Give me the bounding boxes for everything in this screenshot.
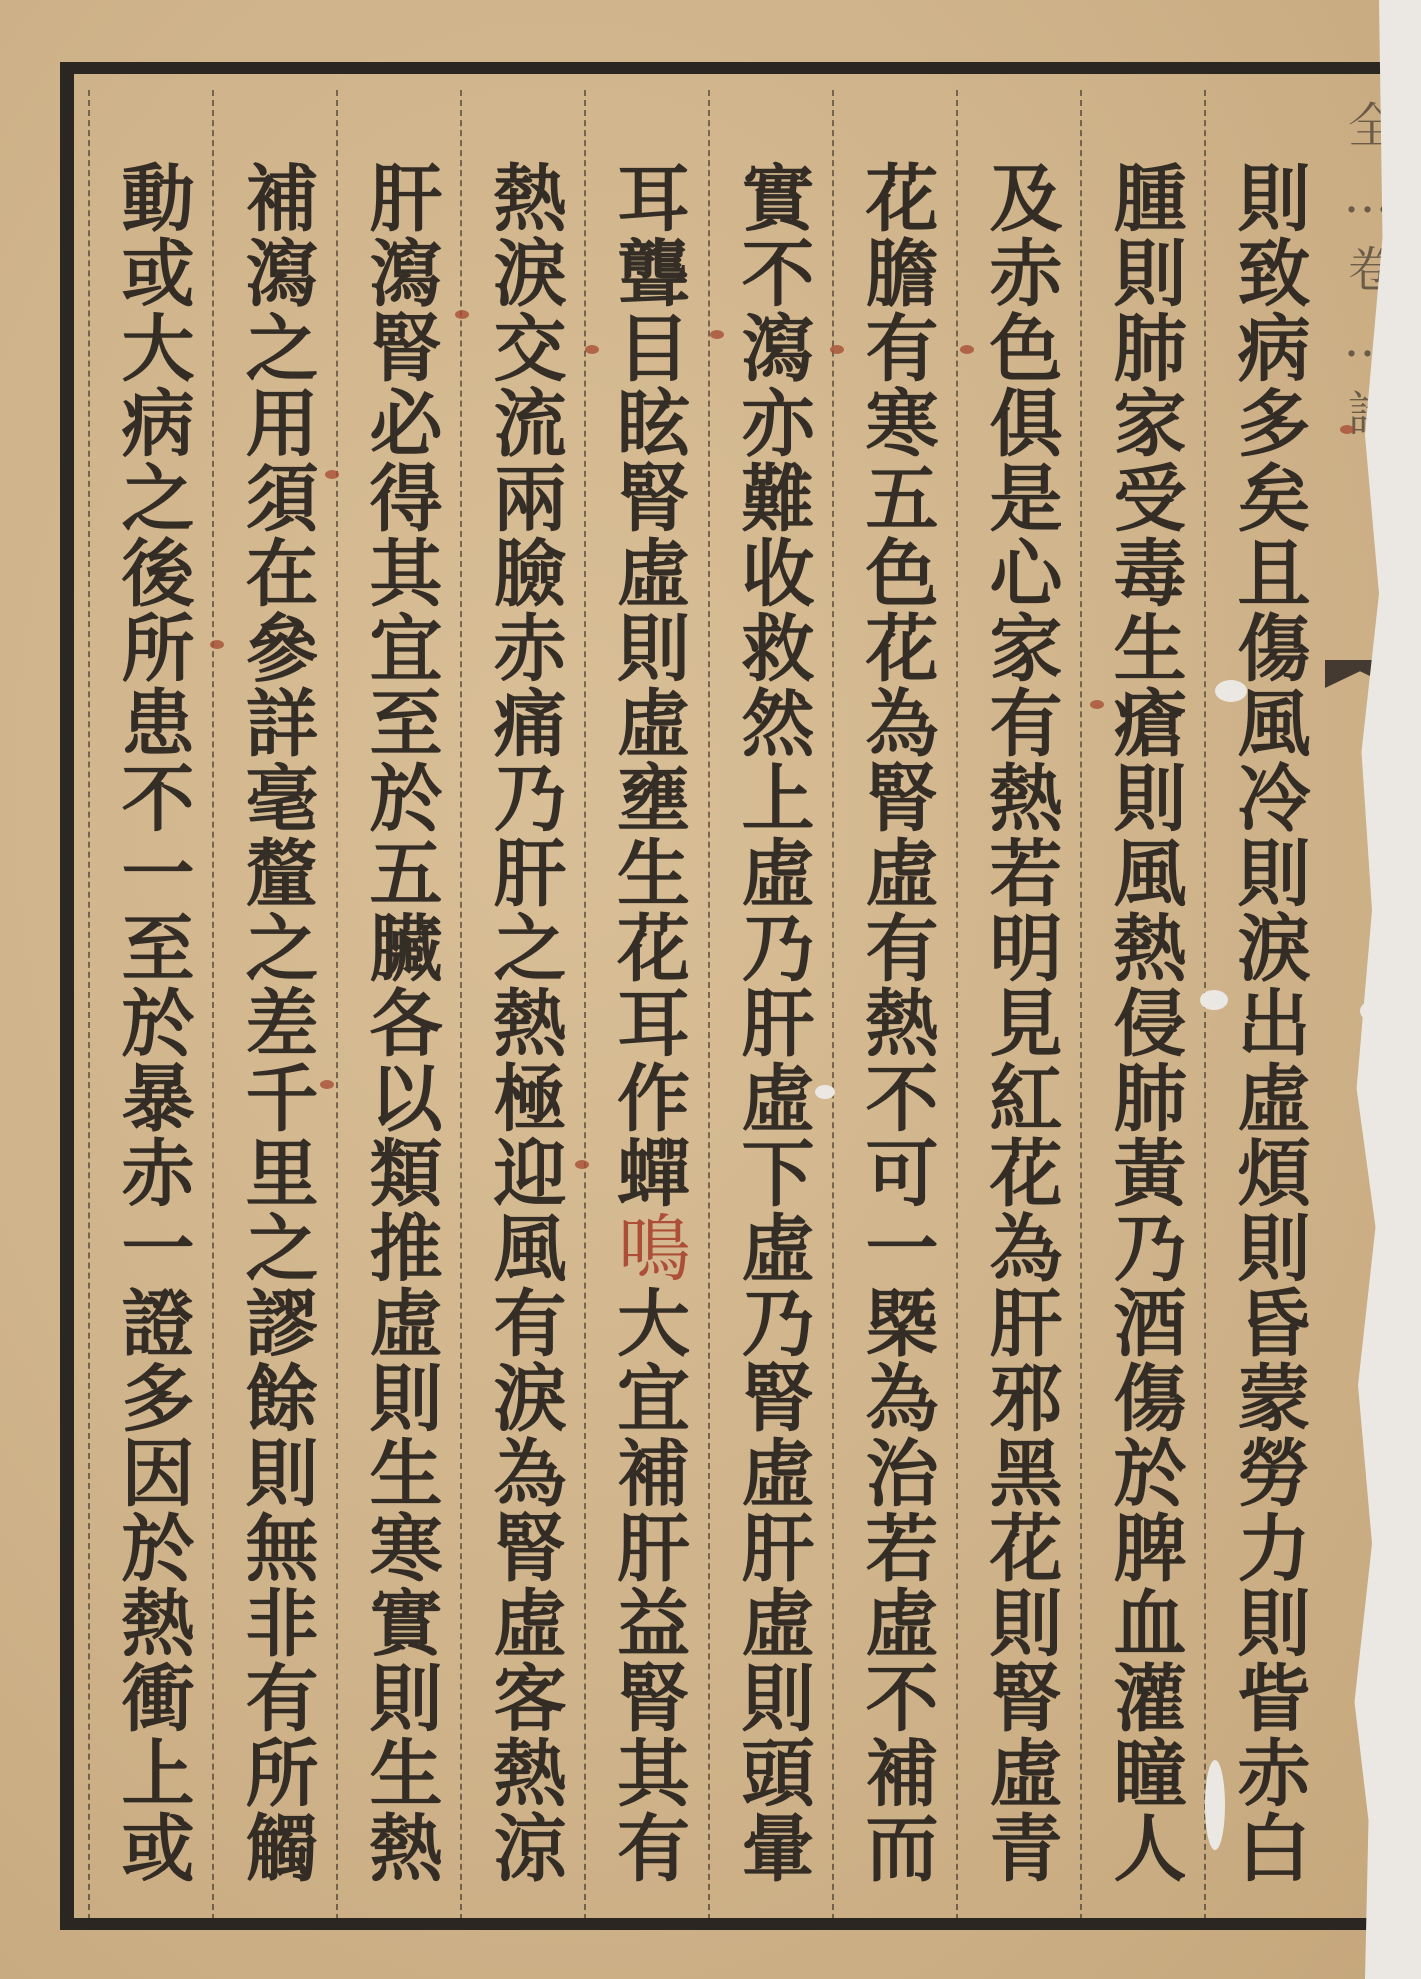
text-column-9: 補瀉之用須在參詳毫釐之差千里之謬餘則無非有所觸 bbox=[212, 90, 336, 1920]
column-text: 補瀉之用須在參詳毫釐之差千里之謬餘則無非有所觸 bbox=[239, 160, 312, 1920]
red-punctuation-mark bbox=[585, 345, 599, 354]
red-punctuation-mark bbox=[710, 330, 724, 339]
document-page: 全…卷…論 則致病多矣且傷風冷則淚出虛煩則昏蒙勞力則眥赤白 腫則肺家受毒生瘡則風… bbox=[0, 0, 1405, 1979]
text-column-4: 花膽有寒五色花為腎虛有熱不可一槩為治若虛不補而 bbox=[832, 90, 956, 1920]
column-text: 實不瀉亦難收救然上虛乃肝虛下虛乃腎虛肝虛則頭暈 bbox=[735, 160, 808, 1920]
text-column-6: 耳聾目眩腎虛則虛壅生花耳作蟬鳴大宜補肝益腎其有 bbox=[584, 90, 708, 1920]
wormhole bbox=[1200, 990, 1228, 1010]
text-column-7: 熱淚交流兩臉赤痛乃肝之熱極迎風有淚為腎虛客熱涼 bbox=[460, 90, 584, 1920]
red-annotation: 鳴 bbox=[605, 1210, 690, 1285]
column-text-after: 大宜補肝益腎其有 bbox=[604, 1285, 690, 1885]
wormhole bbox=[1205, 1760, 1225, 1850]
red-punctuation-mark bbox=[210, 640, 224, 649]
column-text: 及赤色俱是心家有熱若明見紅花為肝邪黑花則腎虛青 bbox=[983, 160, 1056, 1920]
column-text: 肝瀉腎必得其宜至於五臟各以類推虛則生寒實則生熱 bbox=[363, 160, 436, 1920]
wormhole bbox=[1215, 680, 1247, 702]
column-text: 花膽有寒五色花為腎虛有熱不可一槩為治若虛不補而 bbox=[859, 160, 932, 1920]
red-punctuation-mark bbox=[1340, 425, 1354, 434]
text-column-10: 動或大病之後所患不一至於暴赤一證多因於熱衝上或 bbox=[88, 90, 212, 1920]
text-columns: 則致病多矣且傷風冷則淚出虛煩則昏蒙勞力則眥赤白 腫則肺家受毒生瘡則風熱侵肺黃乃酒… bbox=[88, 90, 1328, 1920]
red-punctuation-mark bbox=[1090, 700, 1104, 709]
column-text-before: 耳聾目眩腎虛則虛壅生花耳作蟬 bbox=[604, 160, 690, 1210]
red-punctuation-mark bbox=[960, 345, 974, 354]
text-column-3: 及赤色俱是心家有熱若明見紅花為肝邪黑花則腎虛青 bbox=[956, 90, 1080, 1920]
wormhole bbox=[815, 1085, 835, 1099]
red-punctuation-mark bbox=[575, 1160, 589, 1169]
column-text: 動或大病之後所患不一至於暴赤一證多因於熱衝上或 bbox=[115, 160, 188, 1920]
red-punctuation-mark bbox=[320, 1080, 334, 1089]
column-text: 耳聾目眩腎虛則虛壅生花耳作蟬鳴大宜補肝益腎其有 bbox=[610, 160, 684, 1920]
red-punctuation-mark bbox=[455, 310, 469, 319]
text-column-2: 腫則肺家受毒生瘡則風熱侵肺黃乃酒傷於脾血灌瞳人 bbox=[1080, 90, 1204, 1920]
text-column-5: 實不瀉亦難收救然上虛乃肝虛下虛乃腎虛肝虛則頭暈 bbox=[708, 90, 832, 1920]
column-text: 則致病多矣且傷風冷則淚出虛煩則昏蒙勞力則眥赤白 bbox=[1231, 160, 1304, 1920]
text-column-8: 肝瀉腎必得其宜至於五臟各以類推虛則生寒實則生熱 bbox=[336, 90, 460, 1920]
column-text: 熱淚交流兩臉赤痛乃肝之熱極迎風有淚為腎虛客熱涼 bbox=[487, 160, 560, 1920]
column-text: 腫則肺家受毒生瘡則風熱侵肺黃乃酒傷於脾血灌瞳人 bbox=[1107, 160, 1180, 1920]
red-punctuation-mark bbox=[325, 470, 339, 479]
red-punctuation-mark bbox=[830, 345, 844, 354]
